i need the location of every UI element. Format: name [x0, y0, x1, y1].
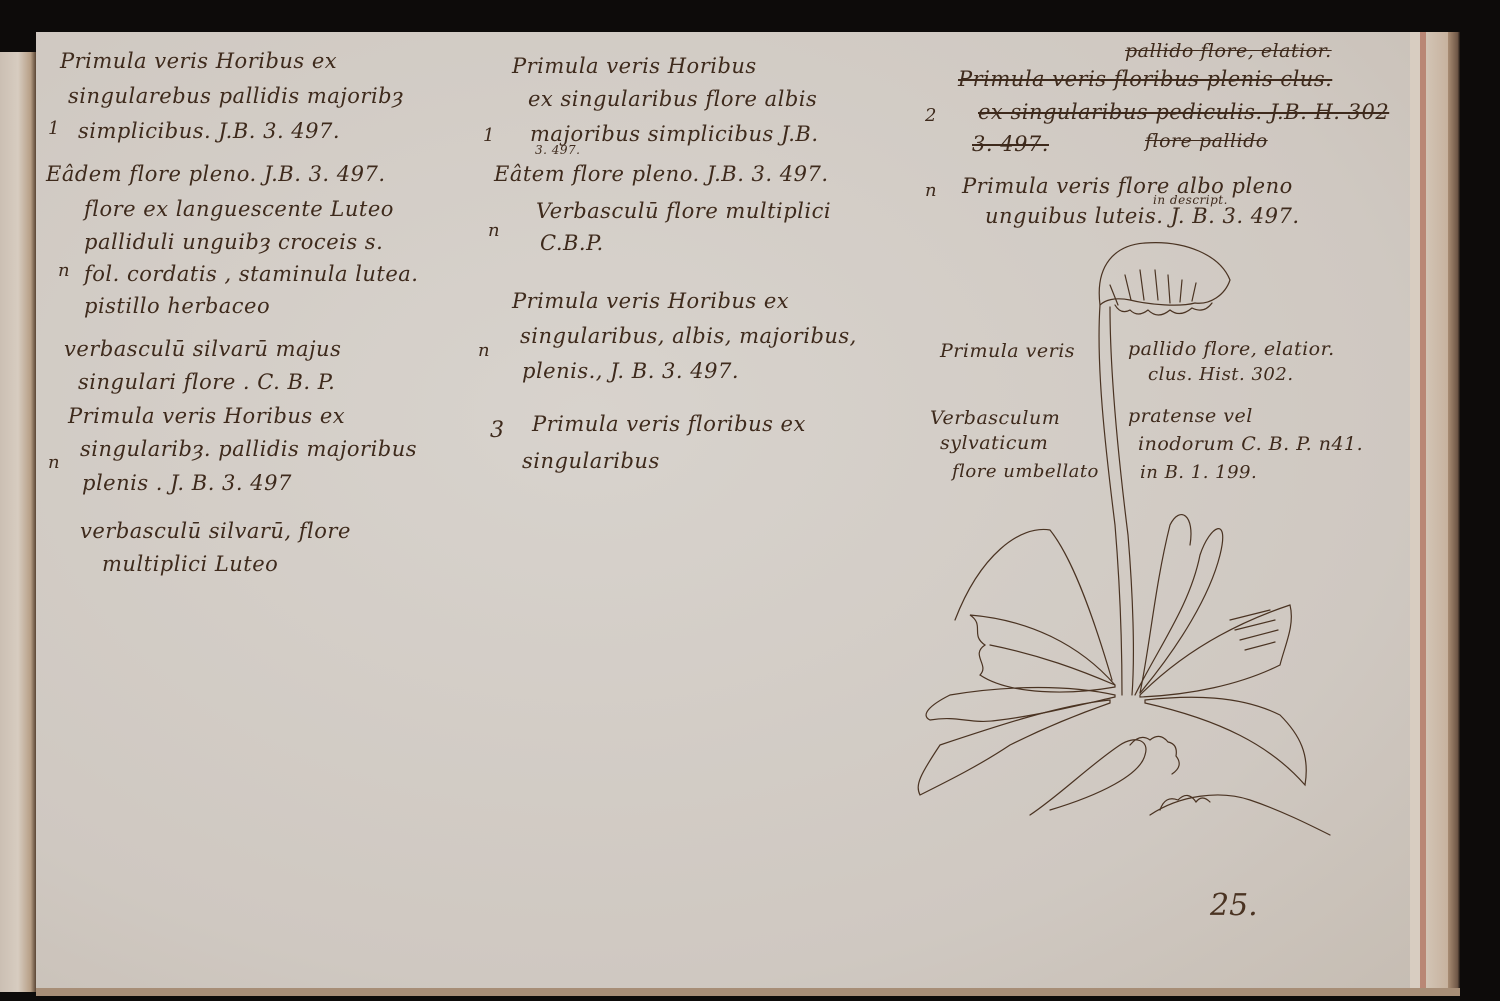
struck-line: flore pallido [1145, 125, 1268, 158]
entry-line: Primula veris flore albo pleno [962, 170, 1293, 203]
entry-line: verbasculū silvarū majus [64, 333, 341, 366]
entry-line: Verbasculū flore multiplici [536, 195, 831, 228]
page-edge [1410, 32, 1420, 992]
entry-line: verbasculū silvarū, flore [80, 515, 351, 548]
entry-marker: n [488, 220, 500, 241]
entry-line: Eâdem flore pleno. J.B. 3. 497. [46, 158, 386, 191]
entry-line: singulari flore . C. B. P. [78, 366, 335, 399]
entry-marker: 1 [483, 125, 494, 146]
entry-line: Primula veris Horibus ex [512, 285, 789, 318]
bottom-edge [36, 988, 1460, 996]
entry-line: pistillo herbaceo [84, 290, 270, 323]
page-number: 25. [1210, 888, 1258, 923]
entry-line: Primula veris floribus ex [532, 408, 806, 441]
page-stack-edge [1426, 32, 1448, 992]
entry-line: palliduli unguibȝ croceis s. [84, 226, 383, 259]
struck-line: Primula veris floribus plenis clus. [958, 63, 1332, 96]
entry-marker: 3 [490, 418, 504, 443]
entry-line: flore ex languescente Luteo [84, 193, 394, 226]
entry-line: plenis . J. B. 3. 497 [82, 467, 292, 500]
binding-edge [1448, 32, 1460, 992]
entry-line: multiplici Luteo [102, 548, 278, 581]
entry-marker: n [925, 180, 937, 201]
entry-line: simplicibus. J.B. 3. 497. [78, 115, 340, 148]
entry-line: ex singularibus flore albis [528, 83, 817, 116]
entry-line: Primula veris Horibus ex [60, 45, 337, 78]
primula-plant-illustration-icon [900, 225, 1370, 865]
entry-line: Primula veris Horibus [512, 50, 757, 83]
entry-line: 3. 497. [535, 142, 580, 158]
entry-line: singularibus, albis, majoribus, [520, 320, 857, 353]
entry-line: singularebus pallidis majoribȝ [68, 80, 404, 113]
entry-marker: n [478, 340, 490, 361]
entry-line: fol. cordatis , staminula lutea. [84, 258, 418, 291]
entry-line: Primula veris Horibus ex [68, 400, 345, 433]
entry-marker: n [48, 452, 60, 473]
entry-line: plenis., J. B. 3. 497. [522, 355, 739, 388]
entry-marker: 2 [925, 105, 936, 126]
entry-line: singularibȝ. pallidis majoribus [80, 433, 417, 466]
entry-line: singularibus [522, 445, 660, 478]
entry-line: Eâtem flore pleno. J.B. 3. 497. [494, 158, 829, 191]
left-page-edge [0, 52, 36, 992]
entry-marker: 1 [48, 118, 59, 139]
struck-line: 3. 497. [972, 128, 1049, 161]
entry-line: C.B.P. [540, 227, 604, 260]
entry-marker: n [58, 260, 70, 281]
